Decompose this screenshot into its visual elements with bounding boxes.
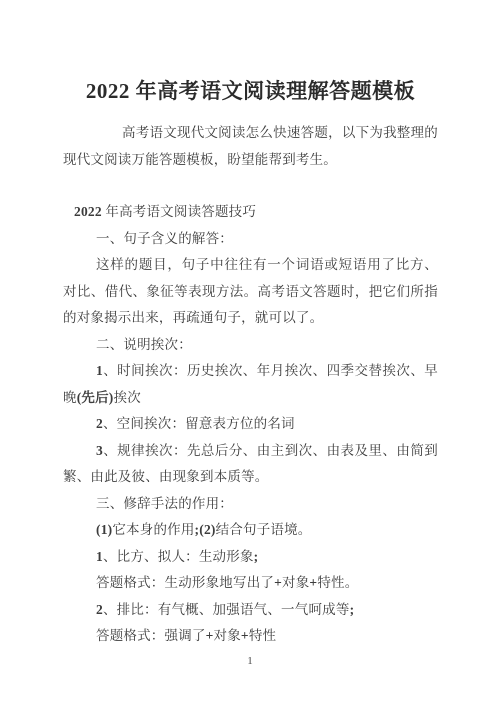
section-heading-text: 年高考语文阅读答题技巧 [102, 204, 256, 219]
item-one-heading: 一、句子含义的解答： [63, 226, 438, 253]
rhetoric-1-number: 1 [96, 549, 103, 564]
item-one-explanation: 这样的题目，句子中往往有一个词语或短语用了比方、对比、借代、象征等表现方法。高考… [63, 252, 438, 332]
item-two-heading: 二、说明挨次： [63, 332, 438, 359]
order-logic: 3、规律挨次：先总后分、由主到次、由表及里、由简到繁、由此及彼、由现象到本质等。 [63, 438, 438, 491]
order-space: 2、空间挨次：留意表方位的名词 [63, 411, 438, 438]
document-content: 2022 年高考语文阅读理解答题模板 高考语文现代文阅读怎么快速答题，以下为我整… [0, 0, 500, 650]
rhetoric-1-format-t1: 答题格式：生动形象地写出了 [96, 575, 274, 590]
document-page: 2022 年高考语文阅读理解答题模板 高考语文现代文阅读怎么快速答题，以下为我整… [0, 0, 500, 707]
rhetoric-2-parallelism: 2、排比：有气概、加强语气、一气呵成等; [63, 597, 438, 624]
rhetoric-1-format-t3: 特性。 [317, 575, 358, 590]
rhetoric-2-format-t3: 特性 [249, 628, 276, 643]
item-two-heading-text: 二、说明挨次： [96, 337, 192, 352]
rhetoric-2-format-plus2: + [241, 628, 249, 643]
rhetoric-1-semicolon: ; [254, 549, 259, 564]
rhetoric-2-format-plus1: + [206, 628, 214, 643]
order-space-number: 2 [96, 416, 103, 431]
rhetoric-1-text: 、比方、拟人：生动形象 [103, 549, 254, 564]
rhetoric-1-format-plus1: + [274, 575, 282, 590]
doc-title: 2022 年高考语文阅读理解答题模板 [63, 76, 438, 106]
item-three-heading-text: 三、修辞手法的作用： [96, 496, 233, 511]
rhetoric-principles: (1)它本身的作用;(2)结合句子语境。 [63, 517, 438, 544]
page-number: 1 [0, 655, 500, 667]
rhetoric-2-format-t1: 答题格式：强调了 [96, 628, 206, 643]
item-one-heading-text: 一、句子含义的解答： [96, 231, 233, 246]
item-three-heading: 三、修辞手法的作用： [63, 491, 438, 518]
order-time-number: 1 [96, 363, 103, 378]
section-heading: 2022 年高考语文阅读答题技巧 [63, 199, 438, 226]
rhetoric-principles-t2: 结合句子语境。 [216, 522, 312, 537]
order-logic-text: 、规律挨次：先总后分、由主到次、由表及里、由简到繁、由此及彼、由现象到本质等。 [63, 443, 438, 485]
order-space-text: 、空间挨次：留意表方位的名词 [103, 416, 295, 431]
rhetoric-2-semicolon: ; [350, 602, 355, 617]
rhetoric-principles-t1: 它本身的作用 [112, 522, 194, 537]
rhetoric-principles-n1: (1) [96, 522, 112, 537]
rhetoric-1-answer-format: 答题格式：生动形象地写出了+对象+特性。 [63, 570, 438, 597]
rhetoric-1-format-t2: 对象 [282, 575, 309, 590]
order-time-paren: (先后) [77, 390, 114, 405]
intro-text: 高考语文现代文阅读怎么快速答题，以下为我整理的现代文阅读万能答题模板，盼望能帮到… [63, 125, 438, 167]
rhetoric-principles-n2: ;(2) [195, 522, 216, 537]
intro-paragraph: 高考语文现代文阅读怎么快速答题，以下为我整理的现代文阅读万能答题模板，盼望能帮到… [63, 120, 438, 173]
rhetoric-2-number: 2 [96, 602, 103, 617]
rhetoric-2-format-t2: 对象 [214, 628, 241, 643]
section-heading-year: 2022 [74, 204, 102, 219]
order-logic-number: 3 [96, 443, 103, 458]
order-time-tail: 挨次 [114, 390, 141, 405]
rhetoric-2-answer-format: 答题格式：强调了+对象+特性 [63, 623, 438, 650]
item-one-explanation-text: 这样的题目，句子中往往有一个词语或短语用了比方、对比、借代、象征等表现方法。高考… [63, 257, 438, 325]
rhetoric-1-simile: 1、比方、拟人：生动形象; [63, 544, 438, 571]
rhetoric-2-text: 、排比：有气概、加强语气、一气呵成等 [103, 602, 350, 617]
order-time: 1、时间挨次：历史挨次、年月挨次、四季交替挨次、早晚(先后)挨次 [63, 358, 438, 411]
